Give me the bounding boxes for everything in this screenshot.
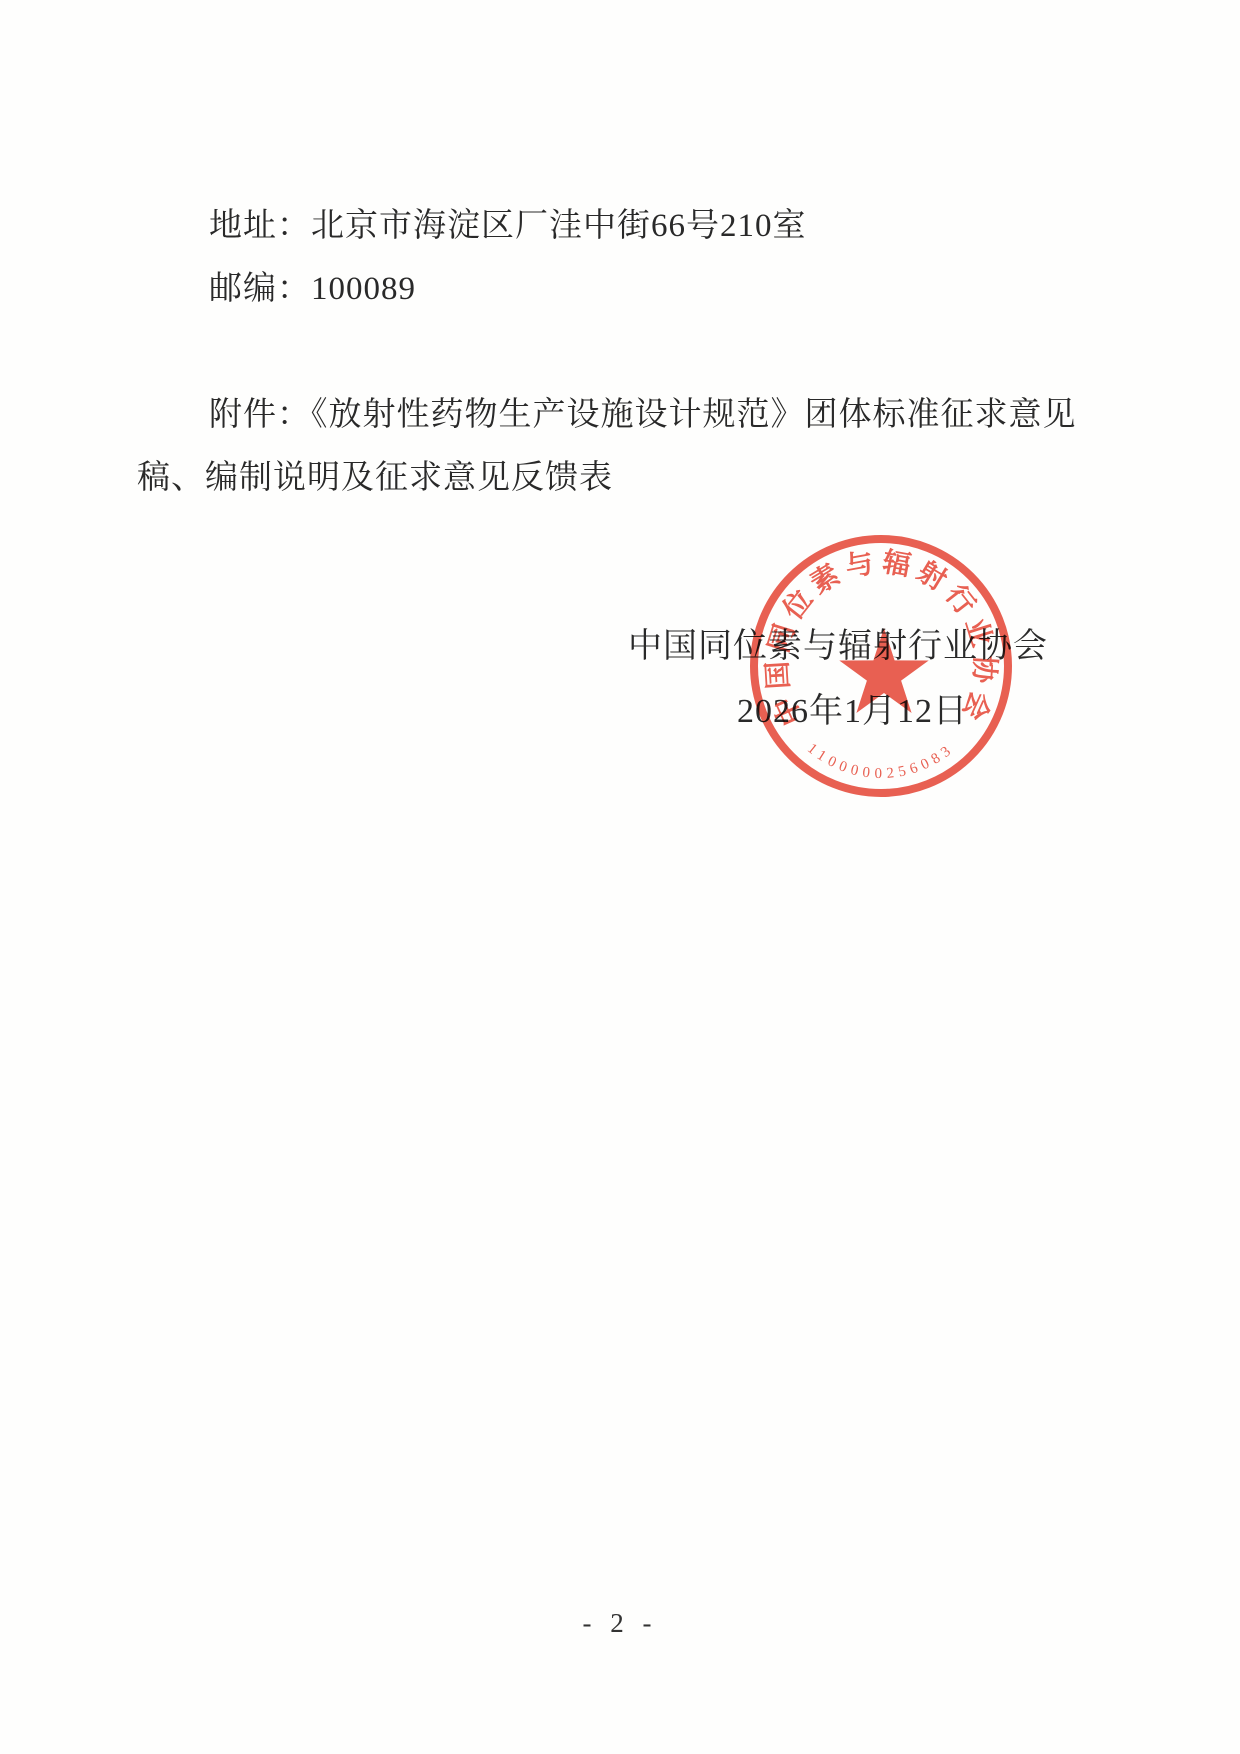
attachment-paragraph-line-1: 附件：《放射性药物生产设施设计规范》团体标准征求意见: [137, 384, 1077, 447]
star-icon: [839, 628, 928, 713]
document-page: 地址：北京市海淀区厂洼中街66号210室 邮编：100089 附件：《放射性药物…: [0, 0, 1240, 1754]
postcode-line: 邮编：100089: [137, 258, 416, 321]
stamp-serial-number: 1100000256083: [804, 741, 958, 782]
address-line: 地址：北京市海淀区厂洼中街66号210室: [137, 195, 807, 258]
attachment-paragraph-line-2: 稿、编制说明及征求意见反馈表: [137, 447, 613, 510]
official-seal-stamp: 中国同位素与辐射行业协会 1100000256083: [741, 526, 1021, 806]
stamp-serial-holder: 1100000256083: [804, 741, 958, 782]
page-number: - 2 -: [0, 1592, 1240, 1655]
